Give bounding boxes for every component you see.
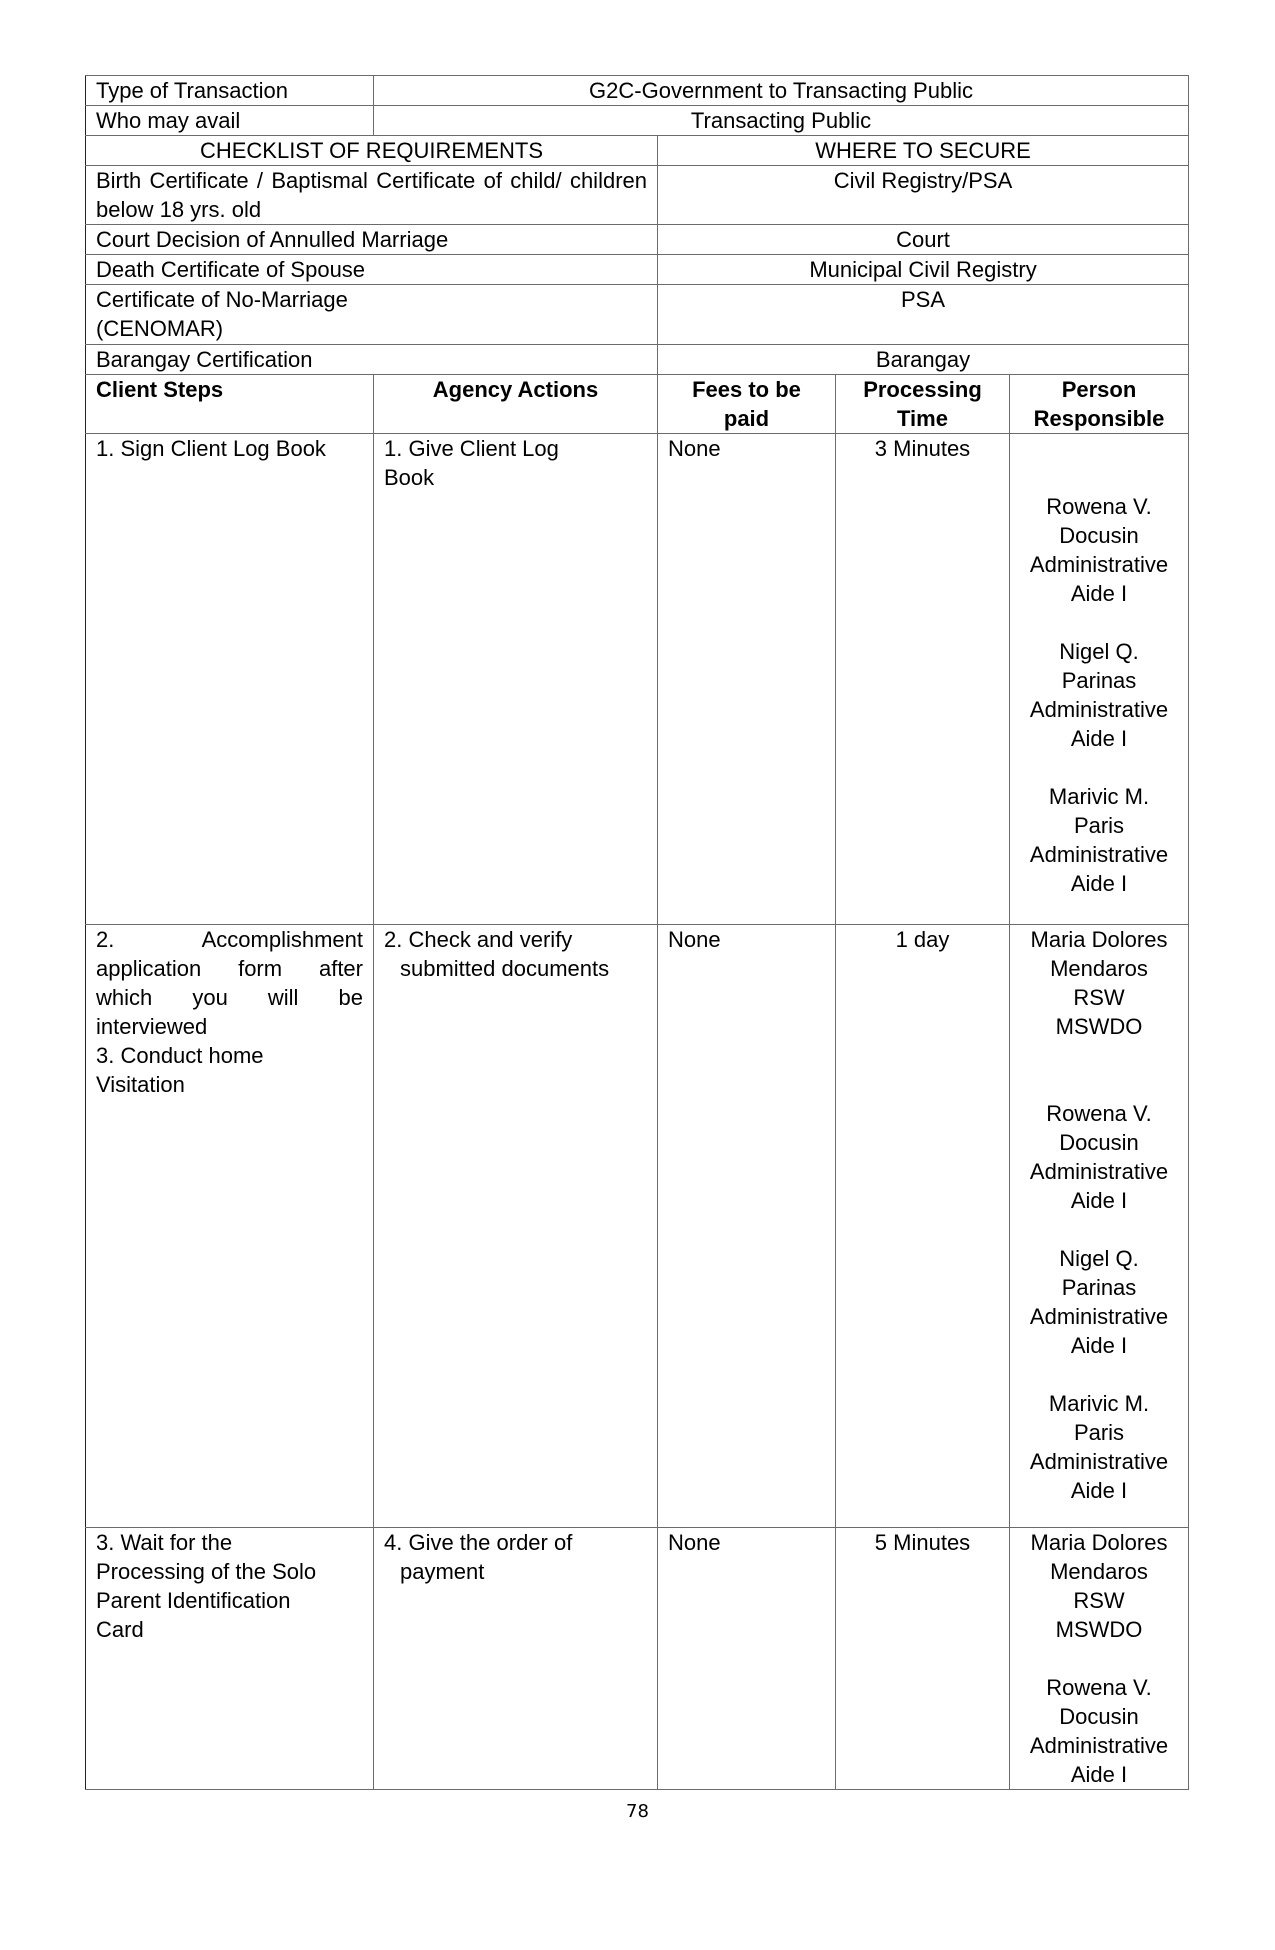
- person-responsible-cell: Maria DoloresMendarosRSWMSWDORowena V.Do…: [1010, 1528, 1189, 1790]
- step-row: 1. Sign Client Log Book 1. Give Client L…: [86, 434, 1189, 925]
- person-line: [1014, 463, 1184, 492]
- processing-time-header: Processing Time: [836, 375, 1010, 434]
- where-to-secure-text: PSA: [658, 285, 1189, 345]
- fees-header: Fees to be paid: [658, 375, 836, 434]
- citizens-charter-table: Type of Transaction G2C-Government to Tr…: [85, 75, 1189, 1790]
- requirement-text: Court Decision of Annulled Marriage: [86, 225, 658, 255]
- person-line: Maria Dolores: [1014, 1528, 1184, 1557]
- agency-action-line: 2. Check and verify: [384, 925, 647, 954]
- where-to-secure-text: Barangay: [658, 345, 1189, 375]
- person-line: Aide I: [1014, 1186, 1184, 1215]
- person-line: [1014, 608, 1184, 637]
- requirement-line: Certificate of No-Marriage: [96, 285, 647, 314]
- checklist-header: CHECKLIST OF REQUIREMENTS: [86, 136, 658, 166]
- client-step-line: Visitation: [96, 1070, 363, 1099]
- person-responsible-cell: Maria DoloresMendarosRSWMSWDORowena V.Do…: [1010, 925, 1189, 1528]
- person-line: Marivic M.: [1014, 1389, 1184, 1418]
- agency-action-line: submitted documents: [384, 954, 647, 983]
- client-step-cell: 1. Sign Client Log Book: [86, 434, 374, 925]
- person-line: [1014, 434, 1184, 463]
- agency-action-cell: 2. Check and verify submitted documents: [374, 925, 658, 1528]
- person-line: [1014, 753, 1184, 782]
- type-of-transaction-value: G2C-Government to Transacting Public: [374, 76, 1189, 106]
- who-may-avail-value: Transacting Public: [374, 106, 1189, 136]
- requirement-row: Court Decision of Annulled Marriage Cour…: [86, 225, 1189, 255]
- client-step-cell: 3. Wait for the Processing of the Solo P…: [86, 1528, 374, 1790]
- agency-action-line: Book: [384, 463, 647, 492]
- processing-time-cell: 5 Minutes: [836, 1528, 1010, 1790]
- requirement-text: Birth Certificate / Baptismal Certificat…: [86, 166, 658, 225]
- agency-action-cell: 4. Give the order of payment: [374, 1528, 658, 1790]
- person-line: Docusin: [1014, 1702, 1184, 1731]
- person-line: Aide I: [1014, 1760, 1184, 1789]
- person-line: Administrative: [1014, 1447, 1184, 1476]
- steps-header-row: Client Steps Agency Actions Fees to be p…: [86, 375, 1189, 434]
- client-step-cell: 2. Accomplishment application form after…: [86, 925, 374, 1528]
- person-line: MSWDO: [1014, 1012, 1184, 1041]
- agency-action-line: payment: [384, 1557, 647, 1586]
- requirement-text: Certificate of No-Marriage (CENOMAR): [86, 285, 658, 345]
- person-line: Parinas: [1014, 1273, 1184, 1302]
- type-of-transaction-label: Type of Transaction: [86, 76, 374, 106]
- person-line: Aide I: [1014, 869, 1184, 898]
- agency-action-cell: 1. Give Client Log Book: [374, 434, 658, 925]
- where-to-secure-text: Court: [658, 225, 1189, 255]
- person-line: Aide I: [1014, 1476, 1184, 1505]
- person-line: RSW: [1014, 983, 1184, 1012]
- fees-cell: None: [658, 1528, 836, 1790]
- requirement-line: (CENOMAR): [96, 314, 647, 343]
- step-row: 2. Accomplishment application form after…: [86, 925, 1189, 1528]
- person-line: Marivic M.: [1014, 782, 1184, 811]
- person-line: Administrative: [1014, 1302, 1184, 1331]
- person-line: Maria Dolores: [1014, 925, 1184, 954]
- requirement-text: Death Certificate of Spouse: [86, 255, 658, 285]
- person-line: Administrative: [1014, 695, 1184, 724]
- person-line: [1014, 1360, 1184, 1389]
- person-line: Paris: [1014, 1418, 1184, 1447]
- agency-action-line: 1. Give Client Log: [384, 434, 647, 463]
- person-line: Rowena V.: [1014, 492, 1184, 521]
- person-line: Parinas: [1014, 666, 1184, 695]
- step-row: 3. Wait for the Processing of the Solo P…: [86, 1528, 1189, 1790]
- requirement-row: Birth Certificate / Baptismal Certificat…: [86, 166, 1189, 225]
- person-line: Nigel Q.: [1014, 637, 1184, 666]
- person-line: RSW: [1014, 1586, 1184, 1615]
- client-step-paragraph: 2. Accomplishment application form after…: [96, 925, 363, 1041]
- requirement-row: Barangay Certification Barangay: [86, 345, 1189, 375]
- type-of-transaction-row: Type of Transaction G2C-Government to Tr…: [86, 76, 1189, 106]
- client-steps-header: Client Steps: [86, 375, 374, 434]
- person-line: MSWDO: [1014, 1615, 1184, 1644]
- who-may-avail-row: Who may avail Transacting Public: [86, 106, 1189, 136]
- client-step-line: 3. Wait for the: [96, 1528, 363, 1557]
- person-line: [1014, 1041, 1184, 1070]
- processing-time-cell: 1 day: [836, 925, 1010, 1528]
- client-step-line: 3. Conduct home: [96, 1041, 363, 1070]
- page-number: 78: [0, 1801, 1275, 1822]
- person-line: Aide I: [1014, 724, 1184, 753]
- where-to-secure-text: Civil Registry/PSA: [658, 166, 1189, 225]
- person-responsible-header: Person Responsible: [1010, 375, 1189, 434]
- person-line: Aide I: [1014, 1331, 1184, 1360]
- client-step-line: Processing of the Solo: [96, 1557, 363, 1586]
- client-step-line: 1. Sign Client Log Book: [96, 434, 363, 463]
- person-responsible-cell: Rowena V.DocusinAdministrativeAide INige…: [1010, 434, 1189, 925]
- person-line: [1014, 1215, 1184, 1244]
- who-may-avail-label: Who may avail: [86, 106, 374, 136]
- where-to-secure-text: Municipal Civil Registry: [658, 255, 1189, 285]
- person-line: Aide I: [1014, 579, 1184, 608]
- person-line: Mendaros: [1014, 954, 1184, 983]
- person-line: Rowena V.: [1014, 1673, 1184, 1702]
- person-line: Docusin: [1014, 521, 1184, 550]
- agency-actions-header: Agency Actions: [374, 375, 658, 434]
- person-line: Mendaros: [1014, 1557, 1184, 1586]
- person-line: Paris: [1014, 811, 1184, 840]
- person-line: Administrative: [1014, 550, 1184, 579]
- person-line: Administrative: [1014, 840, 1184, 869]
- client-step-line: Parent Identification: [96, 1586, 363, 1615]
- client-step-line: Card: [96, 1615, 363, 1644]
- fees-cell: None: [658, 925, 836, 1528]
- processing-time-cell: 3 Minutes: [836, 434, 1010, 925]
- person-line: Nigel Q.: [1014, 1244, 1184, 1273]
- where-to-secure-header: WHERE TO SECURE: [658, 136, 1189, 166]
- requirement-row: Certificate of No-Marriage (CENOMAR) PSA: [86, 285, 1189, 345]
- person-line: [1014, 1644, 1184, 1673]
- person-line: Administrative: [1014, 1157, 1184, 1186]
- agency-action-line: 4. Give the order of: [384, 1528, 647, 1557]
- person-line: Docusin: [1014, 1128, 1184, 1157]
- person-line: [1014, 1070, 1184, 1099]
- person-line: Administrative: [1014, 1731, 1184, 1760]
- requirement-row: Death Certificate of Spouse Municipal Ci…: [86, 255, 1189, 285]
- fees-cell: None: [658, 434, 836, 925]
- requirements-header-row: CHECKLIST OF REQUIREMENTS WHERE TO SECUR…: [86, 136, 1189, 166]
- person-line: Rowena V.: [1014, 1099, 1184, 1128]
- requirement-text: Barangay Certification: [86, 345, 658, 375]
